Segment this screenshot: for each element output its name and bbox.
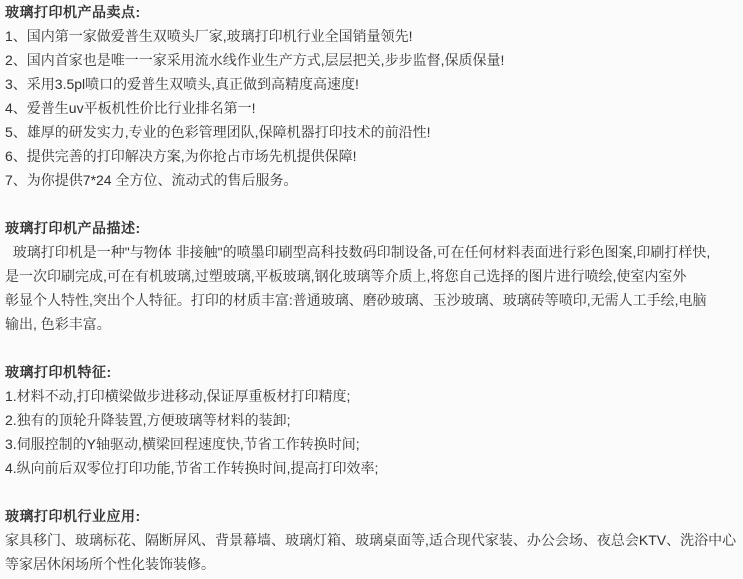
section-gap [5, 480, 743, 504]
selling-point-2: 2、国内首家也是唯一一家采用流水线作业生产方式,层层把关,步步监督,保质保量! [5, 48, 743, 72]
features-heading: 玻璃打印机特征: [5, 360, 743, 384]
feature-3: 3.伺服控制的Y轴驱动,横梁回程速度快,节省工作转换时间; [5, 432, 743, 456]
selling-point-3: 3、采用3.5pl喷口的爱普生双喷头,真正做到高精度高速度! [5, 72, 743, 96]
selling-point-4: 4、爱普生uv平板机性价比行业排名第一! [5, 96, 743, 120]
description-line-4: 输出, 色彩丰富。 [5, 312, 743, 336]
selling-points-heading: 玻璃打印机产品卖点: [5, 0, 743, 24]
selling-point-1: 1、国内第一家做爱普生双喷头厂家,玻璃打印机行业全国销量领先! [5, 24, 743, 48]
applications-line-2: 等家居休闲场所个性化装饰装修。 [5, 552, 743, 576]
description-line-2: 是一次印刷完成,可在有机玻璃,过塑玻璃,平板玻璃,钢化玻璃等介质上,将您自己选择… [5, 264, 743, 288]
section-gap [5, 336, 743, 360]
description-line-3: 彰显个人特性,突出个人特征。打印的材质丰富:普通玻璃、磨砂玻璃、玉沙玻璃、玻璃砖… [5, 288, 743, 312]
feature-4: 4.纵向前后双零位打印功能,节省工作转换时间,提高打印效率; [5, 456, 743, 480]
product-description-page: 玻璃打印机产品卖点: 1、国内第一家做爱普生双喷头厂家,玻璃打印机行业全国销量领… [0, 0, 743, 576]
applications-heading: 玻璃打印机行业应用: [5, 504, 743, 528]
description-heading: 玻璃打印机产品描述: [5, 216, 743, 240]
feature-2: 2.独有的顶轮升降装置,方便玻璃等材料的装卸; [5, 408, 743, 432]
feature-1: 1.材料不动,打印横梁做步进移动,保证厚重板材打印精度; [5, 384, 743, 408]
applications-line-1: 家具移门、玻璃标花、隔断屏风、背景幕墙、玻璃灯箱、玻璃桌面等,适合现代家装、办公… [5, 528, 743, 552]
selling-point-6: 6、提供完善的打印解决方案,为你抢占市场先机提供保障! [5, 144, 743, 168]
selling-point-7: 7、为你提供7*24 全方位、流动式的售后服务。 [5, 168, 743, 192]
selling-point-5: 5、雄厚的研发实力,专业的色彩管理团队,保障机器打印技术的前沿性! [5, 120, 743, 144]
section-gap [5, 192, 743, 216]
description-line-1: 玻璃打印机是一种"与物体 非接触"的喷墨印刷型高科技数码印制设备,可在任何材料表… [5, 240, 743, 264]
